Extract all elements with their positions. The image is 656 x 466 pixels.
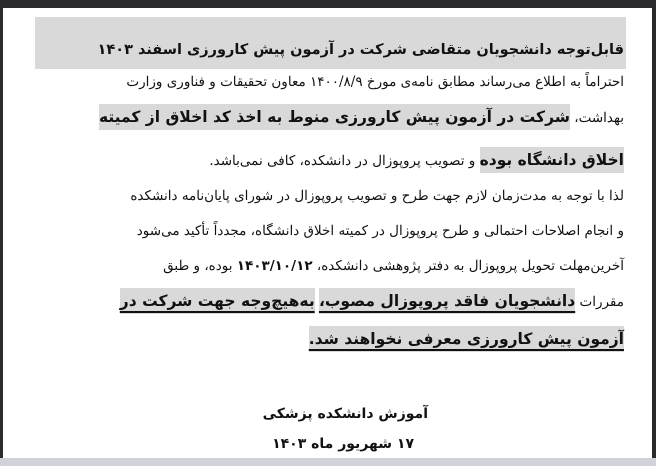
document-page: قابل‌توجه دانشجویان متقاضی شرکت در آزمون… (3, 8, 652, 458)
document-title: قابل‌توجه دانشجویان متقاضی شرکت در آزمون… (98, 42, 624, 58)
paragraph1-line2: بهداشت، شرکت در آزمون پیش کارورزی منوط ب… (99, 108, 624, 126)
text-span: بهداشت، (574, 110, 624, 126)
paragraph2-line4: مقررات دانشجویان فاقد پروپوزال مصوب، به‌… (120, 292, 624, 310)
paragraph2-line3: آخرین‌مهلت تحویل پروپوزال به دفتر پژوهشی… (163, 258, 624, 274)
deadline-date: ۱۴۰۳/۱۰/۱۲ (237, 258, 313, 274)
paragraph2-line2: و انجام اصلاحات احتمالی و طرح پروپوزال د… (137, 223, 624, 239)
text-span: و تصویب پروپوزال در دانشکده، کافی نمی‌با… (209, 153, 475, 169)
paragraph1-line3: اخلاق دانشگاه بوده و تصویب پروپوزال در د… (209, 151, 624, 169)
paragraph1-line1: احتراماً به اطلاع می‌رساند مطابق نامه‌ی … (126, 74, 624, 90)
paragraph2-line5: آزمون پیش کارورزی معرفی نخواهند شد. (309, 330, 624, 348)
highlighted-underlined-text: به‌هیچ‌وجه جهت شرکت در (120, 288, 315, 314)
highlighted-underlined-text: دانشجویان فاقد پروپوزال مصوب، (319, 288, 575, 314)
viewer-bottom-bar (0, 458, 656, 466)
text-span: لذا با توجه به مدت‌زمان لازم جهت طرح و ت… (130, 188, 624, 204)
text-span: مقررات (580, 294, 625, 310)
signature-office: آموزش دانشکده پزشکی (263, 406, 428, 422)
signature-date: ۱۷ شهریور ماه ۱۴۰۳ (272, 436, 414, 452)
text-span: احتراماً به اطلاع می‌رساند مطابق نامه‌ی … (126, 74, 624, 90)
highlighted-bold-text: اخلاق دانشگاه بوده (480, 147, 624, 173)
highlighted-underlined-text: آزمون پیش کارورزی معرفی نخواهند شد. (309, 326, 624, 352)
highlighted-bold-text: شرکت در آزمون پیش کارورزی منوط به اخذ کد… (99, 104, 570, 130)
paragraph2-line1: لذا با توجه به مدت‌زمان لازم جهت طرح و ت… (130, 188, 624, 204)
text-span: آخرین‌مهلت تحویل پروپوزال به دفتر پژوهشی… (317, 258, 624, 274)
text-span: بوده، و طبق (163, 258, 232, 274)
text-span: و انجام اصلاحات احتمالی و طرح پروپوزال د… (137, 223, 624, 239)
